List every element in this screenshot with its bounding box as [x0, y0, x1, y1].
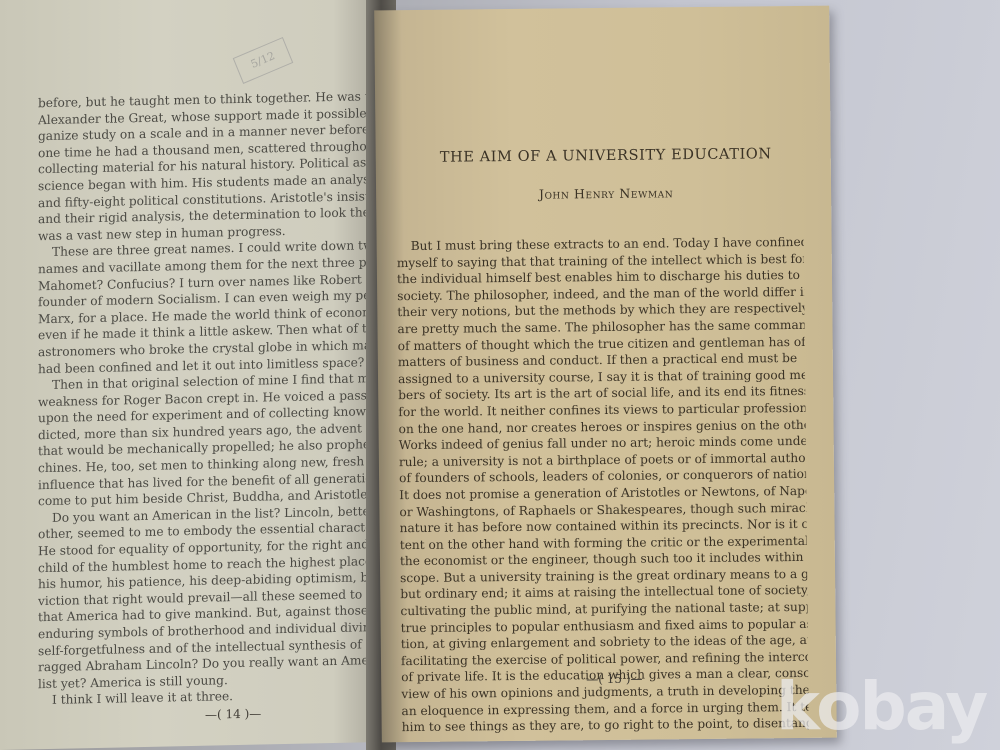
page-number-left: —( 14 )— — [205, 707, 261, 722]
chapter-title: THE AIM OF A UNIVERSITY EDUCATION — [416, 146, 796, 166]
kobay-watermark-logo: kobay — [776, 668, 986, 745]
page-number-right: —( 15 )— — [586, 672, 642, 687]
text-line: him to see things as they are, to go rig… — [402, 715, 809, 736]
right-page-text: But I must bring these extracts to an en… — [397, 234, 809, 736]
left-page-text: before, but he taught men to think toget… — [38, 88, 390, 709]
left-page: 5/12 before, but he taught men to think … — [0, 0, 392, 750]
right-page: THE AIM OF A UNIVERSITY EDUCATION John H… — [374, 6, 837, 743]
chapter-author: John Henry Newman — [416, 184, 796, 203]
pencil-annotation: 5/12 — [233, 37, 294, 84]
